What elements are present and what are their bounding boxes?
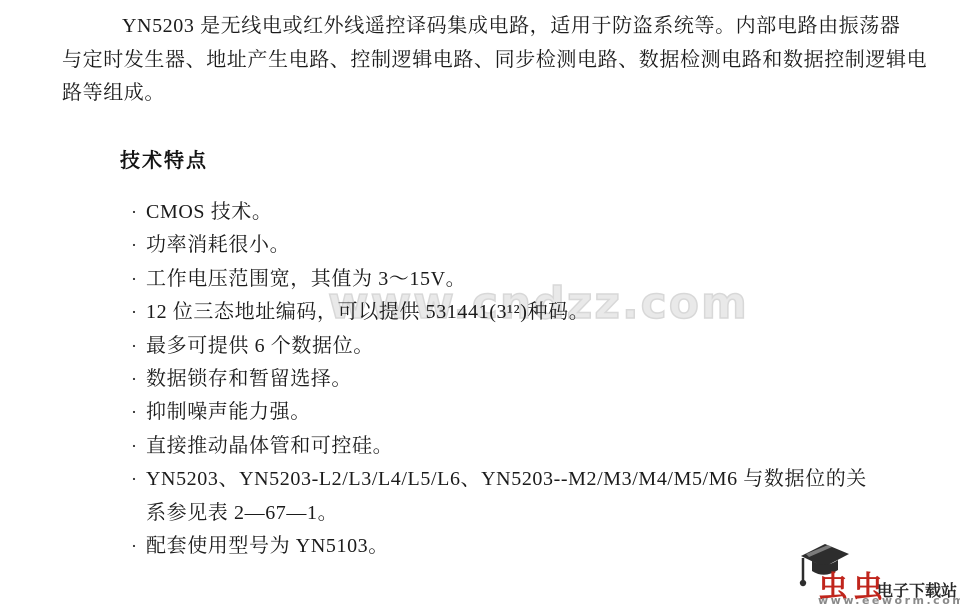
bullet-dot-icon: · bbox=[131, 430, 146, 463]
list-item: · CMOS 技术。 bbox=[131, 196, 943, 229]
list-item-text: 直接推动晶体管和可控硅。 bbox=[146, 430, 943, 463]
list-item-text: 工作电压范围宽，其值为 3～15V。 bbox=[146, 263, 943, 296]
list-item: · 数据锁存和暂留选择。 bbox=[131, 363, 943, 396]
list-item-text: 最多可提供 6 个数据位。 bbox=[146, 330, 943, 363]
list-item-text: 12 位三态地址编码，可以提供 531441(3¹²)种码。 bbox=[146, 296, 943, 329]
list-item: · 抑制噪声能力强。 bbox=[131, 396, 943, 429]
bullet-dot-icon: · bbox=[131, 263, 146, 296]
list-item: · 功率消耗很小。 bbox=[131, 229, 943, 262]
bullet-dot-icon: · bbox=[131, 530, 146, 563]
list-item: · 最多可提供 6 个数据位。 bbox=[131, 330, 943, 363]
logo-url-text: www.eeworm.com bbox=[818, 594, 960, 607]
document-content: YN5203 是无线电或红外线遥控译码集成电路，适用于防盗系统等。内部电路由振荡… bbox=[0, 0, 960, 610]
intro-paragraph: YN5203 是无线电或红外线遥控译码集成电路，适用于防盗系统等。内部电路由振荡… bbox=[62, 10, 938, 111]
bullet-dot-icon: · bbox=[131, 396, 146, 429]
features-list: · CMOS 技术。 · 功率消耗很小。 · 工作电压范围宽，其值为 3～15V… bbox=[131, 196, 943, 563]
list-item: · YN5203、YN5203-L2/L3/L4/L5/L6、YN5203--M… bbox=[131, 463, 943, 530]
list-item-text: CMOS 技术。 bbox=[146, 196, 943, 229]
section-heading: 技术特点 bbox=[120, 144, 208, 173]
bullet-dot-icon: · bbox=[131, 229, 146, 262]
bullet-dot-icon: · bbox=[131, 296, 146, 329]
list-item: · 直接推动晶体管和可控硅。 bbox=[131, 430, 943, 463]
list-item-text: 抑制噪声能力强。 bbox=[146, 396, 943, 429]
bullet-dot-icon: · bbox=[131, 196, 146, 229]
list-item-text: 数据锁存和暂留选择。 bbox=[146, 363, 943, 396]
bullet-dot-icon: · bbox=[131, 363, 146, 396]
list-item-text: 功率消耗很小。 bbox=[146, 229, 943, 262]
bullet-dot-icon: · bbox=[131, 330, 146, 363]
bullet-dot-icon: · bbox=[131, 463, 146, 496]
scanned-document-page: www.cndzz.com YN5203 是无线电或红外线遥控译码集成电路，适用… bbox=[0, 0, 960, 610]
site-logo: 虫虫 电子下载站 www.eeworm.com bbox=[785, 536, 957, 608]
list-item-text: YN5203、YN5203-L2/L3/L4/L5/L6、YN5203--M2/… bbox=[146, 463, 943, 530]
list-item: · 12 位三态地址编码，可以提供 531441(3¹²)种码。 bbox=[131, 296, 943, 329]
list-item: · 工作电压范围宽，其值为 3～15V。 bbox=[131, 263, 943, 296]
